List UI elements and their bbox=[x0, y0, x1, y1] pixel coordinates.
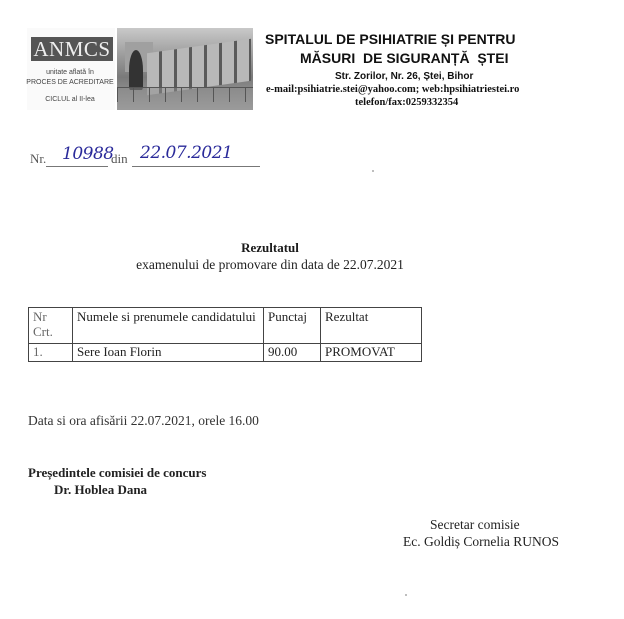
hospital-phone: telefon/fax:0259332354 bbox=[355, 97, 458, 108]
hospital-contact: e-mail:psihiatrie.stei@yahoo.com; web:hp… bbox=[266, 84, 519, 95]
registration-date: 22.07.2021 bbox=[140, 143, 232, 163]
secretary-name: Ec. Goldiș Cornelia RUNOS bbox=[403, 534, 559, 550]
hospital-address: Str. Zorilor, Nr. 26, Ștei, Bihor bbox=[335, 71, 473, 82]
cell-candidate-name: Sere Ioan Florin bbox=[73, 344, 264, 362]
din-label: din bbox=[111, 151, 128, 167]
anmcs-logo: ANMCS bbox=[31, 37, 113, 61]
posting-datetime: Data si ora afisării 22.07.2021, orele 1… bbox=[28, 413, 259, 429]
header-candidate-name: Numele si prenumele candidatului bbox=[73, 308, 264, 344]
scan-speck bbox=[405, 594, 407, 596]
date-underline bbox=[132, 166, 260, 167]
nr-underline bbox=[46, 166, 108, 167]
hospital-name-line-1: SPITALUL DE PSIHIATRIE ȘI PENTRU bbox=[265, 30, 515, 48]
cell-nr: 1. bbox=[29, 344, 73, 362]
table-row: 1. Sere Ioan Florin 90.00 PROMOVAT bbox=[29, 344, 422, 362]
logo-line-2: PROCES DE ACREDITARE bbox=[20, 79, 120, 86]
document-subtitle: examenului de promovare din data de 22.0… bbox=[70, 257, 470, 273]
header-nr-crt: Nr Crt. bbox=[29, 308, 73, 344]
logo-line-1: unitate aflată în bbox=[20, 69, 120, 76]
president-name: Dr. Hoblea Dana bbox=[54, 482, 147, 498]
hospital-building-photo-icon bbox=[117, 28, 253, 110]
table-header-row: Nr Crt. Numele si prenumele candidatului… bbox=[29, 308, 422, 344]
registration-number: 10988 bbox=[62, 144, 114, 164]
hospital-name-line-2: MĂSURI DE SIGURANȚĂ ȘTEI bbox=[300, 49, 508, 67]
president-title: Președintele comisiei de concurs bbox=[28, 465, 206, 481]
nr-label: Nr. bbox=[30, 151, 46, 167]
cell-score: 90.00 bbox=[264, 344, 321, 362]
secretary-title: Secretar comisie bbox=[430, 517, 520, 533]
header-result: Rezultat bbox=[321, 308, 422, 344]
results-table: Nr Crt. Numele si prenumele candidatului… bbox=[28, 307, 422, 362]
document-title: Rezultatul bbox=[120, 240, 420, 256]
cell-result: PROMOVAT bbox=[321, 344, 422, 362]
header-score: Punctaj bbox=[264, 308, 321, 344]
logo-line-3: CICLUL al II-lea bbox=[20, 96, 120, 103]
scan-speck bbox=[372, 170, 374, 172]
